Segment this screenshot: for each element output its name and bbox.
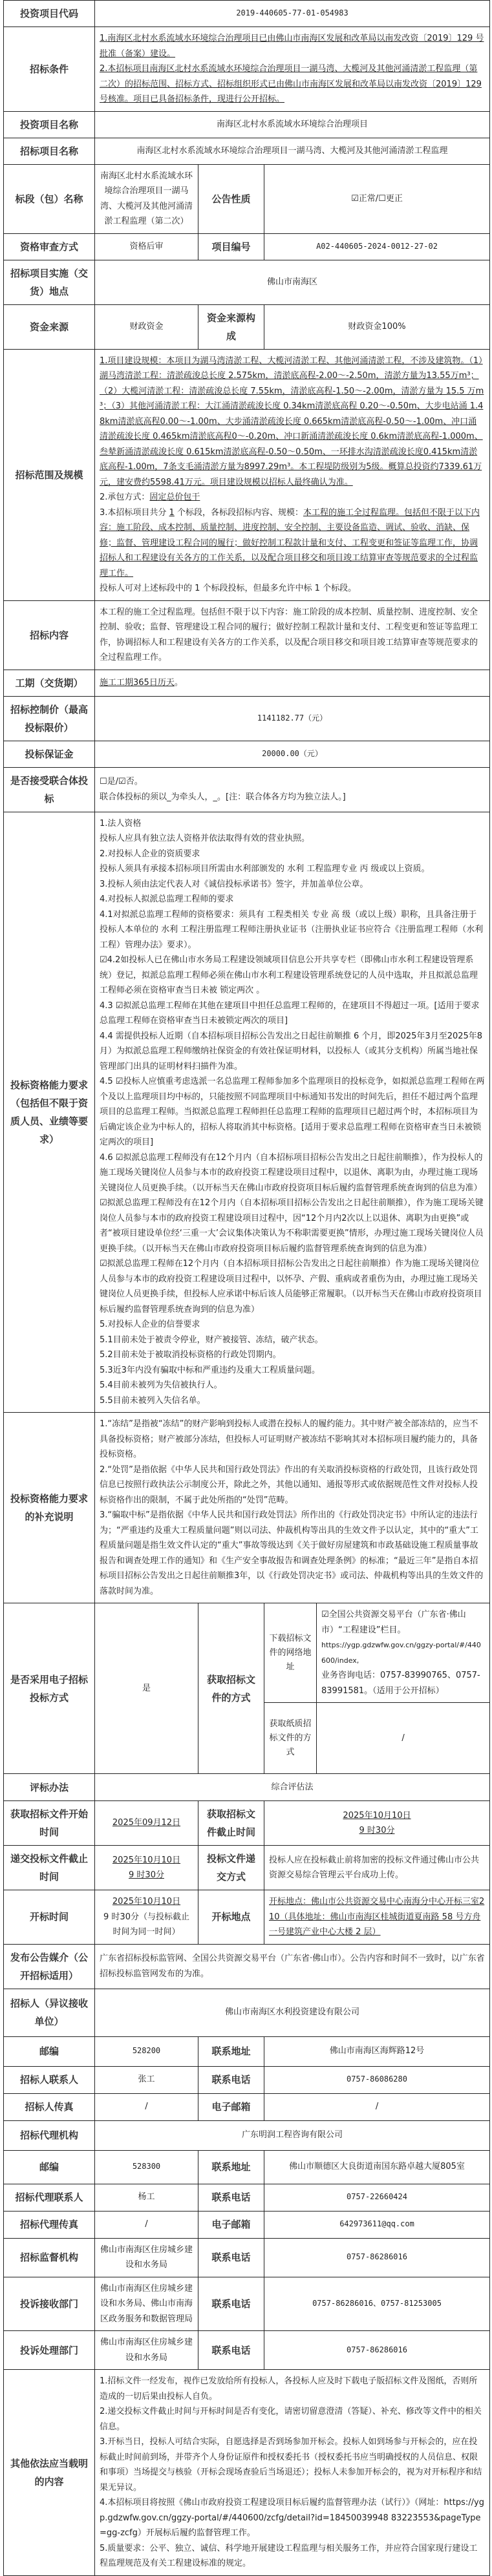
value-qualification-review: 资格后审 bbox=[95, 233, 198, 260]
row-opening: 开标时间 2025年10月10日 9 时30分（与投标截止时间为同一时间） 开标… bbox=[4, 1890, 490, 1945]
label-qualification-notes: 投标资格能力要求的补充说明 bbox=[4, 1413, 95, 1603]
condition-paragraph-2: 2.本招标项目南海区北村水系流域水环境综合治理项目一湖马湾、大榄河及其他河涌清淤… bbox=[100, 61, 485, 107]
row-tenderer-postcode: 邮编 528200 联系地址 佛山市南海区海辉路12号 bbox=[4, 2036, 490, 2066]
qualification-note: 2.“处罚”是指依据《中华人民共和国行政处罚法》作出的有关取消投标资格的行政处罚… bbox=[100, 1462, 485, 1508]
value-tenderer: 佛山市南海区水利投资建设有限公司 bbox=[95, 1989, 490, 2036]
row-control-price: 招标控制价（最高投标限价） 1141182.77（元） bbox=[4, 696, 490, 741]
scope-item-2: 2.承包方式：固定总价包干 bbox=[100, 490, 485, 505]
label-investment-code: 投资项目代码 bbox=[4, 1, 95, 27]
row-section-name: 标段（包）名称 南海区北村水系流域水环境综合治理项目一湖马湾、大榄河及其他河涌清… bbox=[4, 164, 490, 233]
value-duration: 施工工期365日历天。 bbox=[95, 670, 490, 696]
row-location: 招标项目实施（交货）地点 佛山市南海区 bbox=[4, 260, 490, 304]
label-paper-docs: 获取纸质招标文件的方式 bbox=[264, 1703, 317, 1774]
value-submit-deadline: 2025年10月10日 9 时30分 bbox=[95, 1846, 198, 1890]
scope-item-3-value: 本工程的施工全过程监理。包括但不限于以下内容：施工阶段、成本控制、质量控制、进度… bbox=[100, 508, 480, 578]
label-complaint-receive-phone: 联系电话 bbox=[198, 2277, 264, 2331]
label-opening-time: 开标时间 bbox=[4, 1890, 95, 1945]
opening-time: 9 时30分（与投标截止时间为同一时间） bbox=[100, 1910, 193, 1940]
value-agency-fax: / bbox=[95, 2211, 198, 2238]
scope-item-1: 1.项目建设规模：本项目为湖马湾清淤工程、大榄河清淤工程、其他河涌清淤工程，不涉… bbox=[100, 354, 485, 491]
row-scope: 招标范围及规模 1.项目建设规模：本项目为湖马湾清淤工程、大榄河清淤工程、其他河… bbox=[4, 349, 490, 600]
label-tenderer-address: 联系地址 bbox=[198, 2036, 264, 2066]
label-tender-conditions: 招标条件 bbox=[4, 27, 95, 112]
scope-item-3: 3.本招标项目共分 1 个标段，各标段招标内容、规模：本工程的施工全过程监理。包… bbox=[100, 505, 485, 582]
value-complaint-handle-phone: 0757-86286016 bbox=[264, 2331, 490, 2370]
value-download: ☑全国公共资源交易平台（广东省·佛山市）“工程建设”栏目。 https://yg… bbox=[317, 1603, 490, 1703]
value-location: 佛山市南海区 bbox=[95, 260, 490, 304]
row-tenderer: 招标人（异议接收单位） 佛山市南海区水利投资建设有限公司 bbox=[4, 1989, 490, 2036]
value-complaint-receive: 佛山市南海区住房城乡建设和水务局、佛山市南海区政务服务和数据管理局 bbox=[95, 2277, 198, 2331]
qualification-line: 4.6 ☑拟派总监理工程师没有在12个月内（自本招标项目招标公告发出之日起往前顺… bbox=[100, 1150, 485, 1196]
label-download-url: 下载招标文件的网络地址 bbox=[264, 1603, 317, 1703]
value-tenderer-fax: / bbox=[95, 2093, 198, 2120]
value-funding-composition: 财政资金100% bbox=[264, 304, 490, 349]
value-evaluation: 综合评估法 bbox=[95, 1774, 490, 1801]
row-evaluation: 评标办法 综合评估法 bbox=[4, 1774, 490, 1801]
submit-deadline-time: 9 时30分 bbox=[100, 1868, 193, 1883]
value-section-name: 南海区北村水系流域水环境综合治理项目一湖马湾、大榄河及其他河涌清淤工程监理（第二… bbox=[95, 164, 198, 233]
value-tenderer-postcode: 528200 bbox=[95, 2036, 198, 2066]
label-agency-postcode: 邮编 bbox=[4, 2150, 95, 2184]
value-opening-place: 开标地点：佛山市公共资源交易中心南海分中心开标三室210（具体地址：佛山市南海区… bbox=[264, 1890, 490, 1945]
label-tenderer-phone: 联系电话 bbox=[198, 2066, 264, 2093]
row-funding: 资金来源 财政资金 资金来源构成 财政资金100% bbox=[4, 304, 490, 349]
value-tender-project-name: 南海区北村水系流域水环境综合治理项目一湖马湾、大榄河及其他河涌清淤工程监理 bbox=[95, 138, 490, 164]
label-supervision-phone: 联系电话 bbox=[198, 2238, 264, 2277]
label-investment-name: 投资项目名称 bbox=[4, 111, 95, 138]
label-funding-composition: 资金来源构成 bbox=[198, 304, 264, 349]
value-agency-address: 佛山市顺德区大良街道南国东路卓越大厦805室 bbox=[264, 2150, 490, 2184]
label-tenderer: 招标人（异议接收单位） bbox=[4, 1989, 95, 2036]
scope-item-4: 投标人可对上述标段中的 1 个标段投标，但最多允许中标 1 个标段。 bbox=[100, 581, 485, 596]
qualification-line: 5.3近3年内没有骗取中标和严重违约及重大工程质量问题。 bbox=[100, 1363, 485, 1378]
row-agency-contact: 招标代理联系人 杨工 联系电话 0757-22660424 bbox=[4, 2184, 490, 2211]
value-opening-time: 2025年10月10日 9 时30分（与投标截止时间为同一时间） bbox=[95, 1890, 198, 1945]
row-agency: 招标代理机构 广东明润工程咨询有限公司 bbox=[4, 2120, 490, 2150]
label-tenderer-contact: 招标人联系人 bbox=[4, 2066, 95, 2093]
label-qualification-review: 资格审查方式 bbox=[4, 233, 95, 260]
value-investment-name: 南海区北村水系流域水环境综合治理项目 bbox=[95, 111, 490, 138]
label-duration: 工期（交货期） bbox=[4, 670, 95, 696]
label-evaluation: 评标办法 bbox=[4, 1774, 95, 1801]
label-agency-address: 联系地址 bbox=[198, 2150, 264, 2184]
qualification-line: ☑4.2如投标人已在佛山市水务局工程建设领域项目信息公开共享专栏（即佛山市水利工… bbox=[100, 953, 485, 998]
label-tenderer-email: 电子邮箱 bbox=[198, 2093, 264, 2120]
label-notice-type: 公告性质 bbox=[198, 164, 264, 233]
label-media: 发布公告媒介（公开招标适用） bbox=[4, 1944, 95, 1989]
label-obtain-start: 获取招标文件开始时间 bbox=[4, 1801, 95, 1846]
label-submit-method: 投标文件递交方式 bbox=[198, 1846, 264, 1890]
label-complaint-handle: 投诉处理部门 bbox=[4, 2331, 95, 2370]
value-obtain-start: 2025年09月12日 bbox=[95, 1801, 198, 1846]
label-control-price: 招标控制价（最高投标限价） bbox=[4, 696, 95, 741]
submit-deadline-date: 2025年10月10日 bbox=[100, 1853, 193, 1868]
value-electronic-bid: 是 bbox=[95, 1603, 198, 1774]
row-agency-postcode: 邮编 528300 联系地址 佛山市顺德区大良街道南国东路卓越大厦805室 bbox=[4, 2150, 490, 2184]
label-tender-project-name: 招标项目名称 bbox=[4, 138, 95, 164]
row-tender-conditions: 招标条件 1.南海区北村水系流域水环境综合治理项目已由佛山市南海区发展和改革局以… bbox=[4, 27, 490, 112]
consortium-line-1: ☐是/☑否。 bbox=[100, 774, 485, 790]
scope-item-3-prefix: 3.本招标项目共分 bbox=[100, 508, 166, 518]
row-submit: 递交投标文件截止时间 2025年10月10日 9 时30分 投标文件递交方式 投… bbox=[4, 1846, 490, 1890]
row-bid-bond: 投标保证金 20000.00（元） bbox=[4, 741, 490, 767]
qualification-line: 4.3 ☑拟派总监理工程师在其他在建项目中担任总监理工程师的，在建项目不得超过一… bbox=[100, 998, 485, 1029]
row-consortium: 是否接受联合体投标 ☐是/☑否。 联合体投标的须以_为牵头人，_。[注：联合体各… bbox=[4, 767, 490, 812]
row-obtain-time: 获取招标文件开始时间 2025年09月12日 获取招标文件截止时间 2025年1… bbox=[4, 1801, 490, 1846]
label-agency-phone: 联系电话 bbox=[198, 2184, 264, 2211]
qualification-line: 5.2目前未处于被取消投标资格的行政处罚期内。 bbox=[100, 1347, 485, 1363]
qualification-note: 3.“骗取中标”是指依据《中华人民共和国行政处罚法》所作出的《行政处罚决定书》中… bbox=[100, 1508, 485, 1599]
value-supervision-phone: 0757-86286016 bbox=[264, 2238, 490, 2277]
label-obtain-end: 获取招标文件截止时间 bbox=[198, 1801, 264, 1846]
row-tenderer-contact: 招标人联系人 张工 联系电话 0757-86086280 bbox=[4, 2066, 490, 2093]
label-qualification: 投标资格能力要求（包括但不限于资质人员、业绩等要求） bbox=[4, 812, 95, 1413]
row-investment-name: 投资项目名称 南海区北村水系流域水环境综合治理项目 bbox=[4, 111, 490, 138]
label-tenderer-fax: 招标人传真 bbox=[4, 2093, 95, 2120]
value-paper-docs: / bbox=[317, 1703, 490, 1774]
qualification-line: 4.对投标人拟派总监理工程师的要求 bbox=[100, 892, 485, 907]
other-line: 1.招标文件一经发布，视作已发放给所有投标人，各投标人应及时下载电子版招标文件及… bbox=[100, 2374, 485, 2404]
qualification-line: 5.5目前未被列入失信名单。 bbox=[100, 1393, 485, 1409]
value-control-price: 1141182.77（元） bbox=[95, 696, 490, 741]
consortium-line-2: 联合体投标的须以_为牵头人，_。[注：联合体各方均为独立法人。] bbox=[100, 790, 485, 805]
label-complaint-handle-phone: 联系电话 bbox=[198, 2331, 264, 2370]
value-media: 广东省招标投标监管网、全国公共资源交易平台（广东省·佛山市）。公告内容和时间不一… bbox=[95, 1944, 490, 1989]
qualification-line: 5.4目前未被列为失信被执行人。 bbox=[100, 1378, 485, 1393]
qualification-line: 2.对投标人企业的资质要求 bbox=[100, 847, 485, 862]
scope-item-3-mid: 个标段，各标段招标内容、规模： bbox=[177, 508, 303, 518]
opening-date: 2025年10月10日 bbox=[100, 1894, 193, 1910]
label-funding: 资金来源 bbox=[4, 304, 95, 349]
row-tender-project-name: 招标项目名称 南海区北村水系流域水环境综合治理项目一湖马湾、大榄河及其他河涌清淤… bbox=[4, 138, 490, 164]
value-submit-method: 投标人应在投标截止前将加密的投标文件通过佛山市公共资源交易综合管理云平台成功上传… bbox=[264, 1846, 490, 1890]
label-other: 其他依法应当载明的内容 bbox=[4, 2370, 95, 2576]
value-tender-conditions: 1.南海区北村水系流域水环境综合治理项目已由佛山市南海区发展和改革局以南发改资〔… bbox=[95, 27, 490, 112]
label-consortium: 是否接受联合体投标 bbox=[4, 767, 95, 812]
label-agency-contact: 招标代理联系人 bbox=[4, 2184, 95, 2211]
label-location: 招标项目实施（交货）地点 bbox=[4, 260, 95, 304]
value-scope: 1.项目建设规模：本项目为湖马湾清淤工程、大榄河清淤工程、其他河涌清淤工程，不涉… bbox=[95, 349, 490, 600]
qualification-note: 1.“冻结”是指被“冻结”的财产影响到投标人或潜在投标人的履约能力。其中财产被全… bbox=[100, 1417, 485, 1462]
label-project-no: 项目编号 bbox=[198, 233, 264, 260]
qualification-line: 投标人须具有承接本招标项目所需由水利部颁发的 水利 工程监理专业 丙 级或以上资… bbox=[100, 861, 485, 877]
qualification-line: 5.对投标人企业的信誉要求 bbox=[100, 1317, 485, 1333]
value-tenderer-contact: 张工 bbox=[95, 2066, 198, 2093]
value-agency-email[interactable]: 642973611@qq.com bbox=[264, 2211, 490, 2238]
row-qualification-notes: 投标资格能力要求的补充说明 1.“冻结”是指被“冻结”的财产影响到投标人或潜在投… bbox=[4, 1413, 490, 1603]
duration-value: 施工工期365日历天 bbox=[100, 678, 175, 688]
other-line: 2.递交投标文件截止时间与开标时间是否有变化，请密切留意澄清（答疑）、补充、修改… bbox=[100, 2404, 485, 2434]
value-investment-code: 2019-440605-77-01-054983 bbox=[95, 1, 490, 27]
qualification-line: 投标人应具有独立法人资格并依法取得有效的营业执照。 bbox=[100, 831, 485, 847]
value-content: 本工程的施工全过程监理。包括但不限于以下内容：施工阶段的成本控制、质量控制、进度… bbox=[95, 600, 490, 670]
value-agency-contact: 杨工 bbox=[95, 2184, 198, 2211]
value-project-no: A02-440605-2024-0012-27-02 bbox=[264, 233, 490, 260]
obtain-end-time: 9 时30分 bbox=[269, 1823, 485, 1839]
row-qualification: 投标资格能力要求（包括但不限于资质人员、业绩等要求） 1.法人资格 投标人应具有… bbox=[4, 812, 490, 1413]
label-scope: 招标范围及规模 bbox=[4, 349, 95, 600]
label-agency-fax: 招标代理传真 bbox=[4, 2211, 95, 2238]
duration-suffix: 。 bbox=[175, 678, 183, 688]
label-obtain-method: 获取招标文件的方式 bbox=[198, 1603, 264, 1774]
scope-item-2-value: 固定总价包干 bbox=[149, 492, 200, 502]
download-phone: 业务咨询电话：0757-83990765、0757-83991581。（适用于公… bbox=[321, 1668, 485, 1698]
label-agency-email: 电子邮箱 bbox=[198, 2211, 264, 2238]
qualification-line: ☑拟派总监理工程师在12个月内（自本招标项目招标公告发出之日起往前顺推）作为施工… bbox=[100, 1256, 485, 1317]
value-complaint-handle: 佛山市南海区住房城乡建设和水务局 bbox=[95, 2331, 198, 2370]
row-duration: 工期（交货期） 施工工期365日历天。 bbox=[4, 670, 490, 696]
qualification-line: ☑拟派总监理工程师没有在12个月内（自本招标项目招标公告发出之日起往前顺推），作… bbox=[100, 1196, 485, 1256]
other-line: 5.质量要求：公平、独立、诚信、科学地开展建设工程监理与相关服务工作，并应符合国… bbox=[100, 2541, 485, 2571]
value-agency-phone: 0757-22660424 bbox=[264, 2184, 490, 2211]
tender-notice-table: 投资项目代码 2019-440605-77-01-054983 招标条件 1.南… bbox=[3, 0, 490, 2576]
value-notice-type: ☑正常/☐更正 bbox=[264, 164, 490, 233]
value-qualification: 1.法人资格 投标人应具有独立法人资格并依法取得有效的营业执照。 2.对投标人企… bbox=[95, 812, 490, 1413]
row-qualification-review: 资格审查方式 资格后审 项目编号 A02-440605-2024-0012-27… bbox=[4, 233, 490, 260]
qualification-line: 4.5 ☑投标人应慎重考虑选派一名总监理工程师参加多个监理项目的投标竞争，如拟派… bbox=[100, 1074, 485, 1150]
value-consortium: ☐是/☑否。 联合体投标的须以_为牵头人，_。[注：联合体各方均为独立法人。] bbox=[95, 767, 490, 812]
label-submit-deadline: 递交投标文件截止时间 bbox=[4, 1846, 95, 1890]
value-funding: 财政资金 bbox=[95, 304, 198, 349]
value-bid-bond: 20000.00（元） bbox=[95, 741, 490, 767]
value-agency: 广东明润工程咨询有限公司 bbox=[95, 2120, 490, 2150]
value-supervision: 佛山市南海区住房城乡建设和水务局 bbox=[95, 2238, 198, 2277]
label-tenderer-postcode: 邮编 bbox=[4, 2036, 95, 2066]
qualification-line: 4.4 需提供投标人近期（自本招标项目招标公告发出之日起往前顺推 6 个月，即2… bbox=[100, 1029, 485, 1075]
value-qualification-notes: 1.“冻结”是指被“冻结”的财产影响到投标人或潜在投标人的履约能力。其中财产被全… bbox=[95, 1413, 490, 1603]
value-complaint-receive-phone: 0757-86286016、0757-81253005 bbox=[264, 2277, 490, 2331]
obtain-end-date: 2025年10月10日 bbox=[269, 1808, 485, 1824]
qualification-line: 5.1目前未处于被责令停业，财产被接管、冻结，破产状态。 bbox=[100, 1333, 485, 1348]
qualification-line: 1.法人资格 bbox=[100, 816, 485, 832]
row-complaint-handle: 投诉处理部门 佛山市南海区住房城乡建设和水务局 联系电话 0757-862860… bbox=[4, 2331, 490, 2370]
row-media: 发布公告媒介（公开招标适用） 广东省招标投标监管网、全国公共资源交易平台（广东省… bbox=[4, 1944, 490, 1989]
scope-item-3-count: 1 bbox=[169, 508, 175, 518]
row-tenderer-fax: 招标人传真 / 电子邮箱 / bbox=[4, 2093, 490, 2120]
value-other: 1.招标文件一经发布，视作已发放给所有投标人，各投标人应及时下载电子版招标文件及… bbox=[95, 2370, 490, 2576]
row-electronic-bid: 是否采用电子招标投标方式 是 获取招标文件的方式 下载招标文件的网络地址 ☑全国… bbox=[4, 1603, 490, 1703]
other-line: 3.开标当日，投标人可结合实际，自愿选择是否到场参加开标会。投标人如到场参与开标… bbox=[100, 2434, 485, 2495]
row-other: 其他依法应当载明的内容 1.招标文件一经发布，视作已发放给所有投标人，各投标人应… bbox=[4, 2370, 490, 2576]
row-investment-code: 投资项目代码 2019-440605-77-01-054983 bbox=[4, 1, 490, 27]
qualification-line: 4.1对拟派总监理工程师的资格要求：须具有 工程类相关 专业 高 级（或以上级）… bbox=[100, 907, 485, 953]
value-obtain-end: 2025年10月10日 9 时30分 bbox=[264, 1801, 490, 1846]
label-agency: 招标代理机构 bbox=[4, 2120, 95, 2150]
label-content: 招标内容 bbox=[4, 600, 95, 670]
label-opening-place: 开标地点 bbox=[198, 1890, 264, 1945]
value-tenderer-address: 佛山市南海区海辉路12号 bbox=[264, 2036, 490, 2066]
other-line: 4.本招标项目将按照《佛山市政府投资工程建设项目标后履约监督管理办法（试行）》（… bbox=[100, 2495, 485, 2541]
qualification-line: 3.投标人须由法定代表人对《诚信投标承诺书》签字，并加盖单位公章。 bbox=[100, 877, 485, 892]
row-complaint-receive: 投诉接收部门 佛山市南海区住房城乡建设和水务局、佛山市南海区政务服务和数据管理局… bbox=[4, 2277, 490, 2331]
label-supervision: 招标监督机构 bbox=[4, 2238, 95, 2277]
row-content: 招标内容 本工程的施工全过程监理。包括但不限于以下内容：施工阶段的成本控制、质量… bbox=[4, 600, 490, 670]
label-section-name: 标段（包）名称 bbox=[4, 164, 95, 233]
download-platform: ☑全国公共资源交易平台（广东省·佛山市）“工程建设”栏目。 bbox=[321, 1607, 485, 1638]
label-complaint-receive: 投诉接收部门 bbox=[4, 2277, 95, 2331]
label-electronic-bid: 是否采用电子招标投标方式 bbox=[4, 1603, 95, 1774]
scope-item-2-prefix: 2.承包方式： bbox=[100, 492, 149, 502]
value-agency-postcode: 528300 bbox=[95, 2150, 198, 2184]
row-supervision: 招标监督机构 佛山市南海区住房城乡建设和水务局 联系电话 0757-862860… bbox=[4, 2238, 490, 2277]
value-tenderer-email: / bbox=[264, 2093, 490, 2120]
row-agency-fax: 招标代理传真 / 电子邮箱 642973611@qq.com bbox=[4, 2211, 490, 2238]
download-url-link[interactable]: https://ygp.gdzwfw.gov.cn/ggzy-portal/#/… bbox=[321, 1638, 485, 1668]
label-bid-bond: 投标保证金 bbox=[4, 741, 95, 767]
value-tenderer-phone: 0757-86086280 bbox=[264, 2066, 490, 2093]
condition-paragraph-1: 1.南海区北村水系流域水环境综合治理项目已由佛山市南海区发展和改革局以南发改资〔… bbox=[100, 31, 485, 61]
